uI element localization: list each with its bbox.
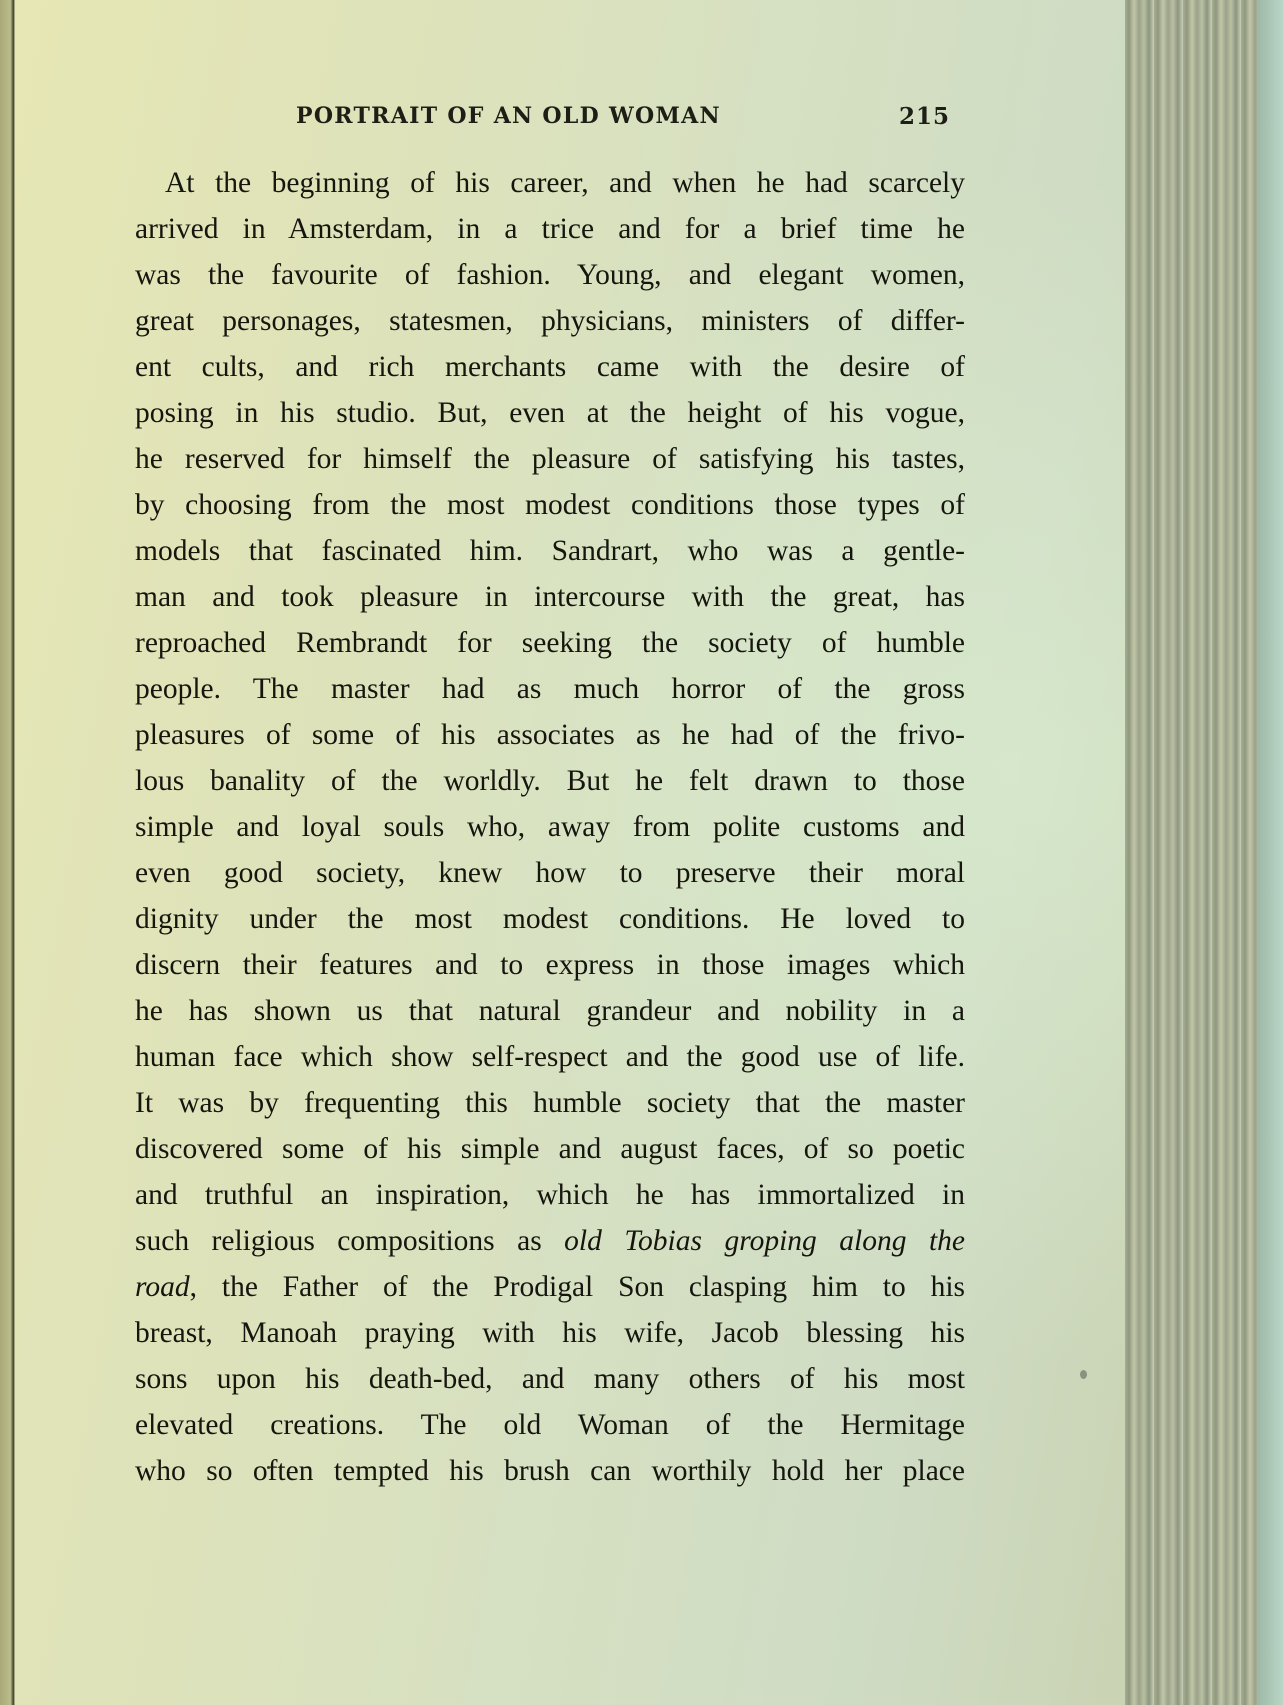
text-line-with-italic: such religious compositions as old Tobia… bbox=[135, 1218, 965, 1264]
text-line: dignity under the most modest conditions… bbox=[135, 896, 965, 942]
text-line: who so often tempted his brush can worth… bbox=[135, 1448, 965, 1494]
text-line: ent cults, and rich merchants came with … bbox=[135, 344, 965, 390]
text-line: and truthful an inspiration, which he ha… bbox=[135, 1172, 965, 1218]
text-line: simple and loyal souls who, away from po… bbox=[135, 804, 965, 850]
text-line: elevated creations. The old Woman of the… bbox=[135, 1402, 965, 1448]
text-line: reproached Rembrandt for seeking the soc… bbox=[135, 620, 965, 666]
italic-title: road bbox=[135, 1271, 190, 1303]
text-line: models that fascinated him. Sandrart, wh… bbox=[135, 528, 965, 574]
running-title: PORTRAIT OF AN OLD WOMAN bbox=[296, 103, 721, 129]
text-line: arrived in Amsterdam, in a trice and for… bbox=[135, 206, 965, 252]
text-line: he reserved for himself the pleasure of … bbox=[135, 436, 965, 482]
text-line: by choosing from the most modest conditi… bbox=[135, 482, 965, 528]
text-line: lous banality of the worldly. But he fel… bbox=[135, 758, 965, 804]
paper-speck bbox=[1080, 1370, 1087, 1379]
text-line: even good society, knew how to preserve … bbox=[135, 850, 965, 896]
paper-speck bbox=[267, 1466, 270, 1469]
text-line: human face which show self-respect and t… bbox=[135, 1034, 965, 1080]
book-page: PORTRAIT OF AN OLD WOMAN 215 At the begi… bbox=[15, 0, 1125, 1705]
text-span: , the Father of the Prodigal Son claspin… bbox=[190, 1271, 965, 1303]
text-line: pleasures of some of his associates as h… bbox=[135, 712, 965, 758]
text-line: At the beginning of his career, and when… bbox=[135, 160, 965, 206]
text-line: breast, Manoah praying with his wife, Ja… bbox=[135, 1310, 965, 1356]
text-line-with-italic: road, the Father of the Prodigal Son cla… bbox=[135, 1264, 965, 1310]
right-page-edges bbox=[1125, 0, 1283, 1705]
text-line: man and took pleasure in intercourse wit… bbox=[135, 574, 965, 620]
text-line: great personages, statesmen, physicians,… bbox=[135, 298, 965, 344]
text-line: discern their features and to express in… bbox=[135, 942, 965, 988]
text-line: sons upon his death-bed, and many others… bbox=[135, 1356, 965, 1402]
text-line: people. The master had as much horror of… bbox=[135, 666, 965, 712]
text-line: posing in his studio. But, even at the h… bbox=[135, 390, 965, 436]
body-text: At the beginning of his career, and when… bbox=[135, 160, 965, 1494]
text-line: discovered some of his simple and august… bbox=[135, 1126, 965, 1172]
text-line: was the favourite of fashion. Young, and… bbox=[135, 252, 965, 298]
italic-title: old Tobias groping along the bbox=[564, 1225, 965, 1257]
page-header: PORTRAIT OF AN OLD WOMAN 215 bbox=[15, 103, 1125, 143]
text-line: he has shown us that natural grandeur an… bbox=[135, 988, 965, 1034]
left-page-edge bbox=[0, 0, 15, 1705]
page-number: 215 bbox=[899, 103, 950, 130]
text-line: It was by frequenting this humble societ… bbox=[135, 1080, 965, 1126]
text-span: such religious compositions as bbox=[135, 1225, 564, 1257]
